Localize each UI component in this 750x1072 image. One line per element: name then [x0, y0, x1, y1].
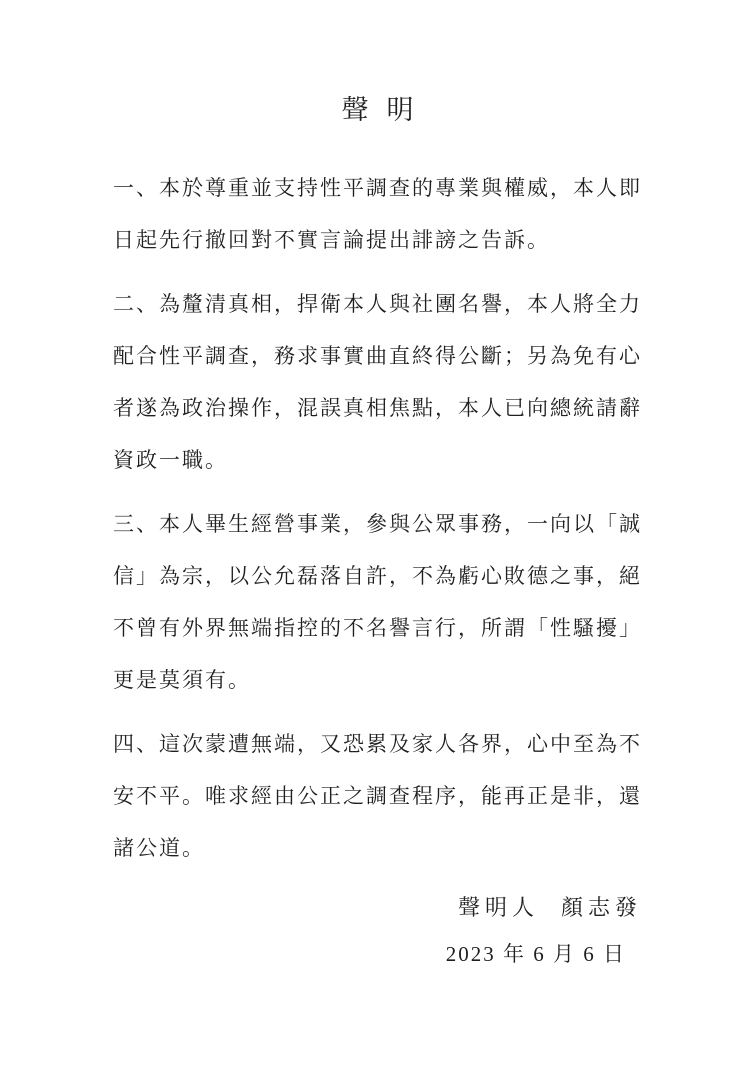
paragraph-2-line-3: 者遂為政治操作，混誤真相焦點，本人已向總統請辭: [113, 382, 642, 434]
paragraph-2-line-2: 配合性平調查，務求事實曲直終得公斷；另為免有心: [113, 330, 642, 382]
paragraph-4-line-3: 諸公道。: [113, 822, 642, 874]
signature-line: 聲明人顏志發: [113, 886, 642, 930]
paragraph-3: 三、本人畢生經營事業，參與公眾事務，一向以「誠 信」為宗，以公允磊落自許，不為虧…: [113, 498, 642, 706]
paragraph-1-line-2: 日起先行撤回對不實言論提出誹謗之告訴。: [113, 214, 642, 266]
paragraph-4: 四、這次蒙遭無端，又恐累及家人各界，心中至為不 安不平。唯求經由公正之調查程序，…: [113, 718, 642, 874]
paragraph-3-line-2: 信」為宗，以公允磊落自許，不為虧心敗德之事，絕: [113, 550, 642, 602]
signatory-name: 顏志發: [561, 895, 642, 920]
statement-date: 2023 年 6 月 6 日: [113, 930, 642, 978]
paragraph-1: 一、本於尊重並支持性平調查的專業與權威，本人即 日起先行撤回對不實言論提出誹謗之…: [113, 162, 642, 266]
paragraph-1-line-1: 一、本於尊重並支持性平調查的專業與權威，本人即: [113, 162, 642, 214]
paragraph-2-line-4: 資政一職。: [113, 434, 642, 486]
paragraph-3-line-1: 三、本人畢生經營事業，參與公眾事務，一向以「誠: [113, 498, 642, 550]
paragraph-2-line-1: 二、為釐清真相，捍衛本人與社團名譽，本人將全力: [113, 278, 642, 330]
document-body: 一、本於尊重並支持性平調查的專業與權威，本人即 日起先行撤回對不實言論提出誹謗之…: [113, 162, 642, 874]
paragraph-3-line-3: 不曾有外界無端指控的不名譽言行，所謂「性騷擾」: [113, 602, 642, 654]
paragraph-3-line-4: 更是莫須有。: [113, 654, 642, 706]
statement-document-page: 聲明 一、本於尊重並支持性平調查的專業與權威，本人即 日起先行撤回對不實言論提出…: [0, 0, 750, 1072]
paragraph-4-line-1: 四、這次蒙遭無端，又恐累及家人各界，心中至為不: [113, 718, 642, 770]
paragraph-4-line-2: 安不平。唯求經由公正之調查程序，能再正是非，還: [113, 770, 642, 822]
document-title: 聲明: [113, 92, 642, 128]
paragraph-2: 二、為釐清真相，捍衛本人與社團名譽，本人將全力 配合性平調查，務求事實曲直終得公…: [113, 278, 642, 486]
signatory-label: 聲明人: [458, 895, 539, 920]
